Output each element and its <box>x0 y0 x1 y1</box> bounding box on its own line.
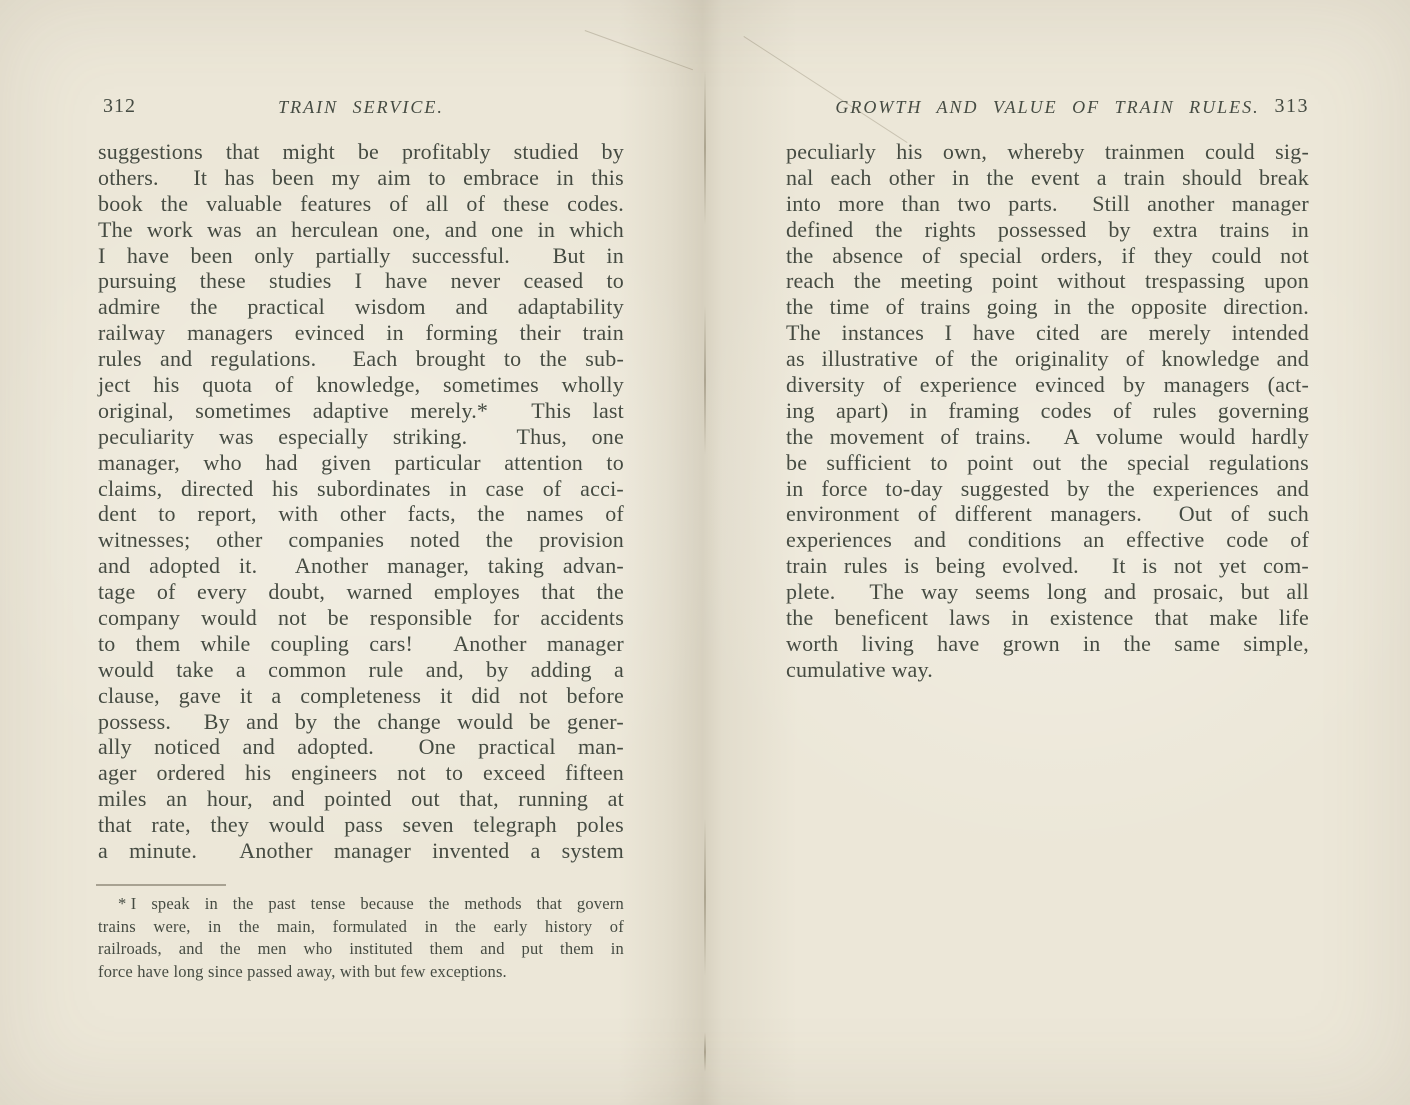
left-page: 312 TRAIN SERVICE. suggestionsthatmightb… <box>0 0 705 1105</box>
text-line: plete.Thewayseemslongandprosaic,butall <box>786 579 1309 605</box>
text-line: thetimeoftrainsgoingintheoppositedirecti… <box>786 294 1309 320</box>
text-line: worthlivinghavegrowninthesamesimple, <box>786 631 1309 657</box>
text-line: TheinstancesIhavecitedaremerelyintended <box>786 320 1309 346</box>
text-line: peculiarlyhisown,wherebytrainmencouldsig… <box>786 139 1309 165</box>
text-line: pursuingthesestudiesIhaveneverceasedto <box>98 268 624 294</box>
text-line: original,sometimesadaptivemerely.*Thisla… <box>98 398 624 424</box>
text-line: inforceto-daysuggestedbytheexperiencesan… <box>786 476 1309 502</box>
text-line: themovementoftrains.Avolumewouldhardly <box>786 424 1309 450</box>
text-line: jecthisquotaofknowledge,sometimeswholly <box>98 372 624 398</box>
text-line: naleachotherintheeventatrainshouldbreak <box>786 165 1309 191</box>
text-line: trainrulesisbeingevolved.Itisnotyetcom- <box>786 553 1309 579</box>
footnote-text: * Ispeakinthepasttensebecausethemethodst… <box>98 893 624 984</box>
text-line: * Ispeakinthepasttensebecausethemethodst… <box>98 893 624 916</box>
text-line: thatrate,theywouldpassseventelegraphpole… <box>98 812 624 838</box>
text-line: andadoptedit.Anothermanager,takingadvan- <box>98 553 624 579</box>
text-line: milesanhour,andpointedoutthat,runningat <box>98 786 624 812</box>
text-line: intomorethantwoparts.Stillanothermanager <box>786 191 1309 217</box>
book-scan: 312 TRAIN SERVICE. suggestionsthatmightb… <box>0 0 1410 1105</box>
text-line: admirethepracticalwisdomandadaptability <box>98 294 624 320</box>
text-line: besufficienttopointoutthespecialregulati… <box>786 450 1309 476</box>
text-line: theabsenceofspecialorders,iftheycouldnot <box>786 243 1309 269</box>
text-line: railwaymanagersevincedinformingtheirtrai… <box>98 320 624 346</box>
text-line: possess.Byandbythechangewouldbegener- <box>98 709 624 735</box>
text-line: Theworkwasanherculeanone,andoneinwhich <box>98 217 624 243</box>
text-line: wouldtakeacommonruleand,byaddinga <box>98 657 624 683</box>
text-line: ingapart)inframingcodesofrulesgoverning <box>786 398 1309 424</box>
body-text-left: suggestionsthatmightbeprofitablystudiedb… <box>98 139 624 864</box>
text-line: manager,whohadgivenparticularattentionto <box>98 450 624 476</box>
text-line: force have long since passed away, with … <box>98 961 624 984</box>
text-line: denttoreport,withotherfacts,thenamesof <box>98 501 624 527</box>
page-number-right: 313 <box>786 95 1309 118</box>
text-line: peculiaritywasespeciallystriking.Thus,on… <box>98 424 624 450</box>
text-line: asillustrativeoftheoriginalityofknowledg… <box>786 346 1309 372</box>
text-line: rulesandregulations.Eachbroughttothesub- <box>98 346 624 372</box>
text-line: clause,gaveitacompletenessitdidnotbefore <box>98 683 624 709</box>
footnote-rule <box>96 884 226 886</box>
text-line: experiencesandconditionsaneffectivecodeo… <box>786 527 1309 553</box>
text-line: allynoticedandadopted.Onepracticalman- <box>98 734 624 760</box>
text-line: aminute.Anothermanagerinventedasystem <box>98 838 624 864</box>
text-line: environmentofdifferentmanagers.Outofsuch <box>786 501 1309 527</box>
body-text-right: peculiarlyhisown,wherebytrainmencouldsig… <box>786 139 1309 683</box>
text-line: bookthevaluablefeaturesofallofthesecodes… <box>98 191 624 217</box>
text-line: tothemwhilecouplingcars!Anothermanager <box>98 631 624 657</box>
text-line: reachthemeetingpointwithouttrespassingup… <box>786 268 1309 294</box>
text-line: trainswere,inthemain,formulatedintheearl… <box>98 916 624 939</box>
text-line: witnesses;othercompaniesnotedtheprovisio… <box>98 527 624 553</box>
text-line: others.Ithasbeenmyaimtoembraceinthis <box>98 165 624 191</box>
text-line: tageofeverydoubt,warnedemployesthatthe <box>98 579 624 605</box>
text-line: cumulative way. <box>786 657 1309 683</box>
right-page: GROWTH AND VALUE OF TRAIN RULES. 313 pec… <box>705 0 1410 1105</box>
text-line: railroads,andthemenwhoinstitutedthemandp… <box>98 938 624 961</box>
text-line: Ihavebeenonlypartiallysuccessful.Butin <box>98 243 624 269</box>
text-line: agerorderedhisengineersnottoexceedfiftee… <box>98 760 624 786</box>
text-line: claims,directedhissubordinatesincaseofac… <box>98 476 624 502</box>
running-head-left: TRAIN SERVICE. <box>98 97 624 118</box>
text-line: suggestionsthatmightbeprofitablystudiedb… <box>98 139 624 165</box>
text-line: thebeneficentlawsinexistencethatmakelife <box>786 605 1309 631</box>
text-line: diversityofexperienceevincedbymanagers(a… <box>786 372 1309 398</box>
text-line: companywouldnotberesponsibleforaccidents <box>98 605 624 631</box>
text-line: definedtherightspossessedbyextratrainsin <box>786 217 1309 243</box>
